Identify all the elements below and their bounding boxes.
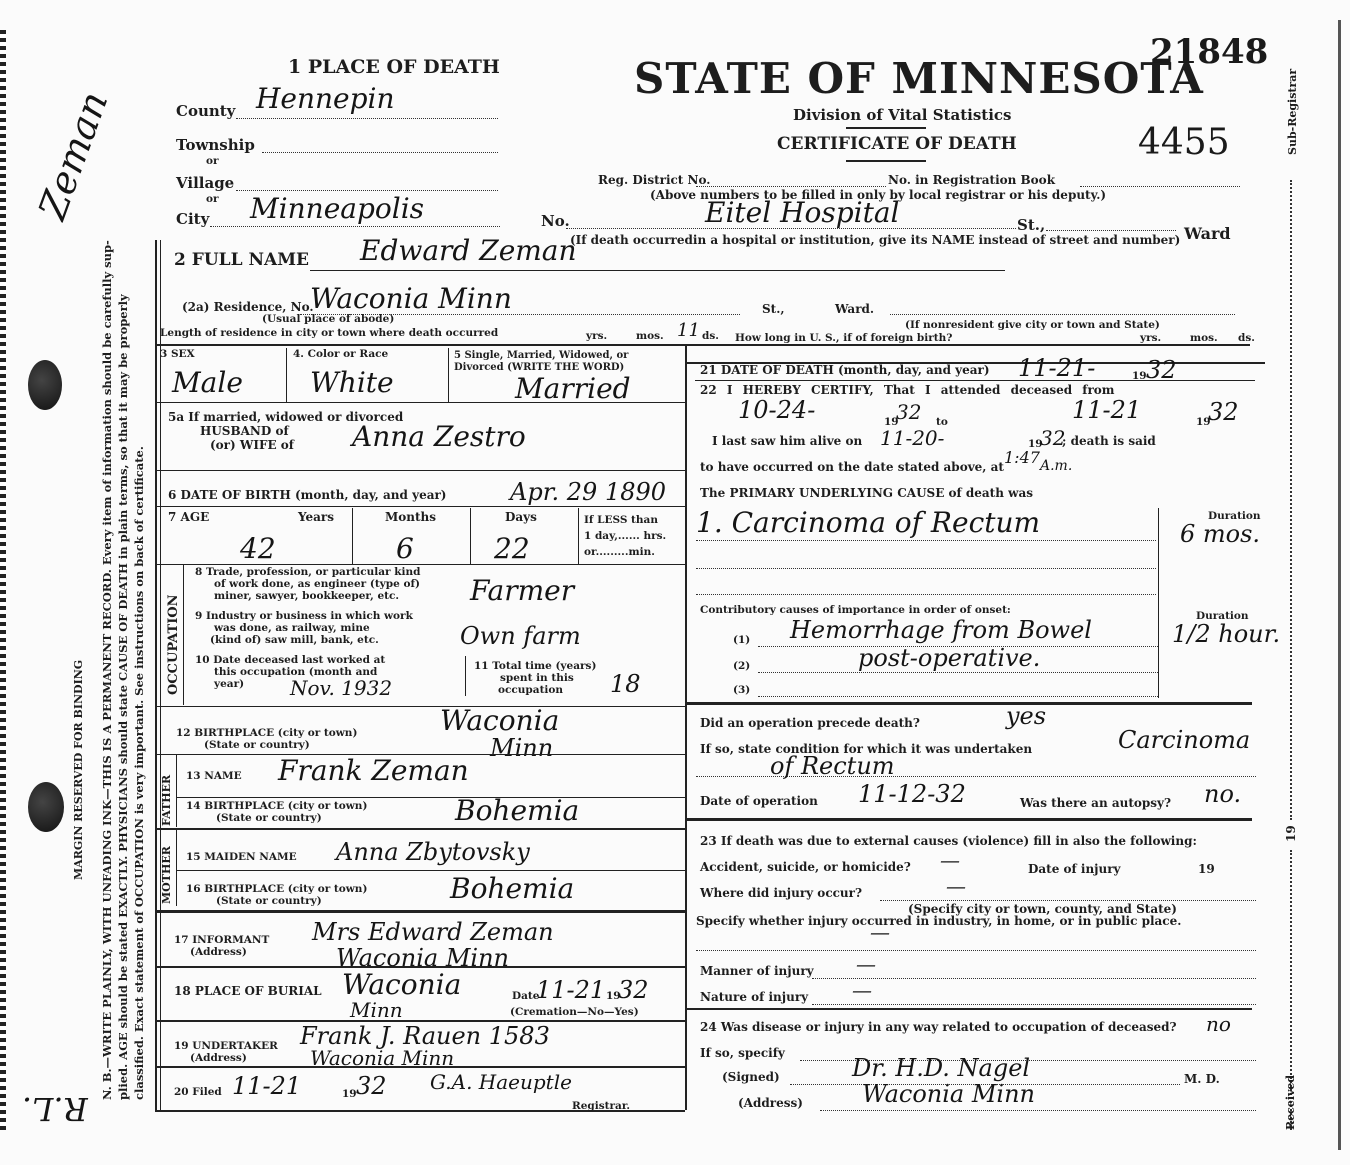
contrib-line-2 <box>758 672 1158 673</box>
external-header: 23 If death was due to external causes (… <box>700 834 1197 848</box>
manner-label: Manner of injury <box>700 964 814 978</box>
binding-hole-bottom <box>28 782 64 832</box>
race-divider <box>448 348 449 402</box>
where-label: Where did injury occur? <box>700 886 862 900</box>
autopsy-field[interactable]: no. <box>1204 780 1241 808</box>
date-of-death-label: 21 DATE OF DEATH (month, day, and year) <box>700 363 990 377</box>
physician-signature: Dr. H.D. Nagel <box>852 1054 1030 1082</box>
form-border-left <box>155 240 157 1110</box>
township-label: Township <box>176 136 255 154</box>
from-year-field[interactable]: 32 <box>896 400 921 424</box>
residence-rule <box>155 344 1250 346</box>
race-label: 4. Color or Race <box>293 348 388 360</box>
occupation-related-label: 24 Was disease or injury in any way rela… <box>700 1020 1177 1034</box>
county-line <box>236 118 498 119</box>
us-yrs: yrs. <box>1140 332 1161 344</box>
mother-divider <box>176 830 177 906</box>
division-label: Division of Vital Statistics <box>793 106 1011 124</box>
to-year-field[interactable]: 32 <box>1208 398 1239 426</box>
operation-rule <box>687 818 1252 821</box>
binding-note: MARGIN RESERVED FOR BINDING <box>72 660 85 880</box>
industry-label-1: 9 Industry or business in which work <box>195 610 413 622</box>
or-connector-1: or <box>206 155 219 167</box>
residence-st-label: St., <box>762 302 785 316</box>
city-line <box>210 226 500 227</box>
manner-field[interactable]: — <box>856 952 876 976</box>
registration-book-label: No. in Registration Book <box>888 173 1055 187</box>
injury-date-label: Date of injury <box>1028 862 1121 876</box>
years-label: Years <box>298 510 334 524</box>
ward-label: Ward <box>1184 224 1231 243</box>
last-worked-label-3: year) <box>214 678 244 690</box>
contrib-2-field[interactable]: post-operative. <box>858 644 1040 672</box>
occupation-section-label: OCCUPATION <box>166 594 181 695</box>
division-rule <box>846 127 926 129</box>
filed-year-prefix: 19 <box>342 1088 357 1100</box>
days-divider <box>578 508 579 564</box>
mother-birthplace-field[interactable]: Bohemia <box>450 872 574 905</box>
nature-line <box>812 1004 1256 1005</box>
where-field[interactable]: — <box>946 874 966 898</box>
county-label: County <box>176 102 235 120</box>
duration-divider <box>1158 508 1159 698</box>
total-time-label-2: spent in this <box>500 672 574 684</box>
residence-field[interactable]: Waconia Minn <box>310 282 512 315</box>
margin-instruction-1: N. B.—WRITE PLAINLY, WITH UNFADING INK—T… <box>100 240 114 1100</box>
right-edge <box>1338 20 1341 1150</box>
occupation-rule <box>155 706 685 707</box>
primary-cause-line-1 <box>696 540 1156 541</box>
occupation-divider <box>183 565 184 705</box>
hospital-note: (If death occurredin a hospital or insti… <box>570 233 1180 247</box>
filed-label: 20 Filed <box>174 1086 222 1098</box>
contributory-label: Contributory causes of importance in ord… <box>700 604 1011 616</box>
industry-label-2: was done, as railway, mine <box>214 622 370 634</box>
length-mos: mos. <box>636 330 664 342</box>
mother-maiden-label: 15 MAIDEN NAME <box>186 851 297 863</box>
dod-rule <box>695 380 1255 381</box>
burial-year-field[interactable]: 32 <box>618 976 649 1004</box>
years-field[interactable]: 42 <box>240 532 276 565</box>
received-label: Received <box>1284 1075 1297 1130</box>
physician-address-field[interactable]: Waconia Minn <box>862 1080 1035 1108</box>
us-mos: mos. <box>1190 332 1218 344</box>
trade-label-1: 8 Trade, profession, or particular kind <box>195 566 420 578</box>
full-name-field[interactable]: Edward Zeman <box>360 234 577 267</box>
city-label: City <box>176 210 209 228</box>
undertaker-address-label: (Address) <box>190 1052 247 1064</box>
residence-ward-label: Ward. <box>835 302 874 316</box>
industry-location-field[interactable]: — <box>870 920 890 944</box>
trade-field[interactable]: Farmer <box>470 574 574 607</box>
stamp-number: 21848 <box>1150 32 1268 72</box>
condition-line <box>696 776 1256 777</box>
father-name-rule <box>176 797 685 798</box>
county-field[interactable]: Hennepin <box>256 82 395 115</box>
registrar-label: Registrar. <box>572 1100 630 1112</box>
dob-rule <box>155 506 685 507</box>
full-name-line <box>310 270 1005 271</box>
margin-instruction-3: classified. Exact statement of OCCUPATIO… <box>132 446 146 1100</box>
certificate-number: 4455 <box>1138 122 1230 163</box>
condition-field-1[interactable]: Carcinoma <box>1118 726 1250 754</box>
primary-cause-line-3 <box>696 594 1156 595</box>
industry-location-label: Specify whether injury occurred in indus… <box>696 914 1181 928</box>
us-ds: ds. <box>1238 332 1255 344</box>
occurred-label: to have occurred on the date stated abov… <box>700 460 1004 474</box>
sex-field[interactable]: Male <box>172 366 243 399</box>
contrib-line-3 <box>758 696 1158 697</box>
primary-cause-line-2 <box>696 568 1156 569</box>
operation-label: Did an operation precede death? <box>700 716 920 730</box>
spouse-rule <box>155 470 685 471</box>
years-divider <box>352 508 353 564</box>
undertaker-rule <box>155 1066 685 1068</box>
birthplace-city-field[interactable]: Waconia <box>440 704 559 737</box>
contrib-line-1 <box>758 646 1158 647</box>
trade-label-3: miner, sawyer, bookkeeper, etc. <box>214 590 399 602</box>
dob-field[interactable]: Apr. 29 1890 <box>510 478 666 506</box>
mother-birthplace-label: 16 BIRTHPLACE (city or town) <box>186 883 367 895</box>
informant-label: 17 INFORMANT <box>174 934 269 946</box>
burial-label: 18 PLACE OF BURIAL <box>174 984 322 998</box>
certify-label: 22 I HEREBY CERTIFY, That I attended dec… <box>700 383 1115 397</box>
burial-state-field[interactable]: Minn <box>350 998 403 1022</box>
mother-name-rule <box>176 870 685 871</box>
primary-duration-field[interactable]: 6 mos. <box>1180 520 1260 548</box>
usual-abode-note: (Usual place of abode) <box>262 313 394 325</box>
informant-address-label: (Address) <box>190 946 247 958</box>
length-yrs: yrs. <box>586 330 607 342</box>
md-label: M. D. <box>1184 1072 1220 1086</box>
form-border-left-inner <box>160 240 161 1110</box>
undertaker-label: 19 UNDERTAKER <box>174 1040 278 1052</box>
village-line <box>236 190 498 191</box>
age-rule <box>155 564 685 565</box>
signed-label: (Signed) <box>722 1070 780 1084</box>
operation-date-field[interactable]: 11-12-32 <box>858 780 966 808</box>
how-long-us-label: How long in U. S., if of foreign birth? <box>735 332 952 344</box>
father-name-label: 13 NAME <box>186 770 242 782</box>
length-days-field[interactable]: 11 <box>677 320 700 341</box>
mother-maiden-field[interactable]: Anna Zbytovsky <box>336 838 530 866</box>
or-connector-2: or <box>206 193 219 205</box>
father-birthplace-label: 14 BIRTHPLACE (city or town) <box>186 800 367 812</box>
state-title: STATE OF MINNESOTA <box>634 54 1204 103</box>
reg-district-label: Reg. District No. <box>598 173 710 187</box>
margin-handwriting: Zeman <box>30 86 117 225</box>
race-field[interactable]: White <box>310 366 394 399</box>
nonresident-line <box>890 314 1235 315</box>
burial-date-field[interactable]: 11-21 <box>536 976 605 1004</box>
father-rule <box>155 828 685 830</box>
contrib-1-field[interactable]: Hemorrhage from Bowel <box>790 616 1092 644</box>
margin-instruction-2: plied. AGE should be stated EXACTLY. PHY… <box>116 294 130 1100</box>
certificate-title: CERTIFICATE OF DEATH <box>777 134 1017 154</box>
occupation-related-field[interactable]: no <box>1206 1012 1231 1036</box>
corner-initials: R.L. <box>22 1090 88 1128</box>
filed-year-field[interactable]: 32 <box>356 1072 387 1100</box>
contrib-duration-field[interactable]: 1/2 hour. <box>1172 620 1280 648</box>
less-than-3: or.........min. <box>584 546 655 558</box>
last-worked-label-1: 10 Date deceased last worked at <box>195 654 385 666</box>
place-of-death-heading: 1 PLACE OF DEATH <box>288 56 500 78</box>
sex-row-rule <box>155 402 685 403</box>
days-label: Days <box>505 510 537 524</box>
filed-date-field[interactable]: 11-21 <box>232 1072 301 1100</box>
right-year-prefix: 19 <box>1284 825 1298 842</box>
father-section-label: FATHER <box>160 775 173 826</box>
center-divider <box>685 345 687 1110</box>
ward-line <box>1046 230 1176 231</box>
mother-rule <box>155 910 685 913</box>
accident-label: Accident, suicide, or homicide? <box>700 860 911 874</box>
father-birthplace-state-label: (State or country) <box>216 812 322 824</box>
length-ds: ds. <box>702 330 719 342</box>
registrar-signature: G.A. Haeuptle <box>430 1070 572 1094</box>
cremation-label: (Cremation—No—Yes) <box>510 1006 639 1018</box>
length-residence-label: Length of residence in city or town wher… <box>160 327 498 339</box>
contrib-1-num: (1) <box>733 634 750 646</box>
last-saw-label: I last saw him alive on <box>712 434 862 448</box>
father-name-field[interactable]: Frank Zeman <box>278 754 469 787</box>
reg-district-line <box>696 186 886 187</box>
last-saw-field[interactable]: 11-20- <box>880 426 944 450</box>
physician-address-label: (Address) <box>738 1096 803 1110</box>
dob-label: 6 DATE OF BIRTH (month, day, and year) <box>168 488 446 502</box>
contrib-3-num: (3) <box>733 684 750 696</box>
last-worked-divider <box>465 656 466 696</box>
marital-label-1: 5 Single, Married, Widowed, or <box>454 350 628 361</box>
where-line <box>880 900 1256 901</box>
sub-registrar-label: Sub-Registrar <box>1286 69 1299 155</box>
informant-field[interactable]: Mrs Edward Zeman <box>312 918 554 946</box>
street-label: St., <box>1017 216 1045 234</box>
primary-cause-field[interactable]: 1. Carcinoma of Rectum <box>696 506 1040 539</box>
date-of-death-field[interactable]: 11-21- <box>1018 354 1095 382</box>
manner-line <box>812 978 1256 979</box>
father-divider <box>176 755 177 827</box>
birthplace-label: 12 BIRTHPLACE (city or town) <box>176 727 357 739</box>
nonresident-note: (If nonresident give city or town and St… <box>905 319 1160 331</box>
full-name-label: 2 FULL NAME <box>174 250 309 270</box>
industry-location-line <box>696 950 1256 951</box>
primary-cause-label: The PRIMARY UNDERLYING CAUSE of death wa… <box>700 486 1033 500</box>
nature-label: Nature of injury <box>700 990 808 1004</box>
if-so-specify-label: If so, specify <box>700 1046 785 1060</box>
less-than-1: If LESS than <box>584 514 658 526</box>
months-label: Months <box>385 510 436 524</box>
industry-field[interactable]: Own farm <box>460 622 581 650</box>
contrib-2-num: (2) <box>733 660 750 672</box>
total-time-label-1: 11 Total time (years) <box>474 660 596 672</box>
industry-label-3: (kind of) saw mill, bank, etc. <box>210 634 379 646</box>
residence-label: (2a) Residence, No. <box>182 300 314 314</box>
township-line <box>262 152 498 153</box>
sub-registrar-line <box>1290 180 1292 820</box>
months-divider <box>470 508 471 564</box>
attended-to-field[interactable]: 11-21 <box>1072 396 1141 424</box>
perforated-edge <box>0 30 6 1130</box>
spouse-field[interactable]: Anna Zestro <box>352 420 526 453</box>
total-time-label-3: occupation <box>498 684 563 696</box>
certificate-rule <box>846 160 926 162</box>
physician-address-line <box>820 1110 1256 1111</box>
sex-label: 3 SEX <box>160 348 195 360</box>
nature-field[interactable]: — <box>852 978 872 1002</box>
birthplace-state-field[interactable]: Minn <box>490 734 553 762</box>
birthplace-state-label: (State or country) <box>204 739 310 751</box>
trade-label-2: of work done, as engineer (type of) <box>214 578 420 590</box>
registration-book-line <box>1080 186 1240 187</box>
attended-from-field[interactable]: 10-24- <box>738 396 815 424</box>
days-field[interactable]: 22 <box>494 532 530 565</box>
spouse-label-3: (or) WIFE of <box>210 438 294 452</box>
months-field[interactable]: 6 <box>396 532 414 565</box>
age-label: 7 AGE <box>168 510 209 524</box>
city-field[interactable]: Minneapolis <box>250 192 424 225</box>
burial-field[interactable]: Waconia <box>342 968 461 1001</box>
binding-hole-top <box>28 360 62 410</box>
village-label: Village <box>176 174 234 192</box>
operation-date-label: Date of operation <box>700 794 818 808</box>
less-than-2: 1 day,...... hrs. <box>584 530 666 542</box>
sex-divider <box>286 348 287 402</box>
mother-birthplace-state-label: (State or country) <box>216 895 322 907</box>
time-suffix: A.m. <box>1040 458 1072 474</box>
death-certificate-page: MARGIN RESERVED FOR BINDING N. B.—WRITE … <box>0 0 1350 1165</box>
spouse-label-2: HUSBAND of <box>200 424 289 438</box>
death-said-label: ; death is said <box>1062 434 1156 448</box>
nature-rule <box>687 1008 1252 1010</box>
last-worked-field[interactable]: Nov. 1932 <box>290 676 392 700</box>
marital-field[interactable]: Married <box>515 372 631 405</box>
injury-year-prefix: 19 <box>1198 862 1215 876</box>
total-time-field[interactable]: 18 <box>610 670 641 698</box>
operation-field[interactable]: yes <box>1006 702 1046 730</box>
autopsy-label: Was there an autopsy? <box>1020 796 1171 810</box>
mother-section-label: MOTHER <box>160 846 173 904</box>
accident-field[interactable]: — <box>940 848 960 872</box>
time-field[interactable]: 1:47 <box>1004 448 1040 467</box>
cause-rule <box>687 702 1252 705</box>
father-birthplace-field[interactable]: Bohemia <box>455 794 579 827</box>
hospital-field[interactable]: Eitel Hospital <box>705 196 900 229</box>
